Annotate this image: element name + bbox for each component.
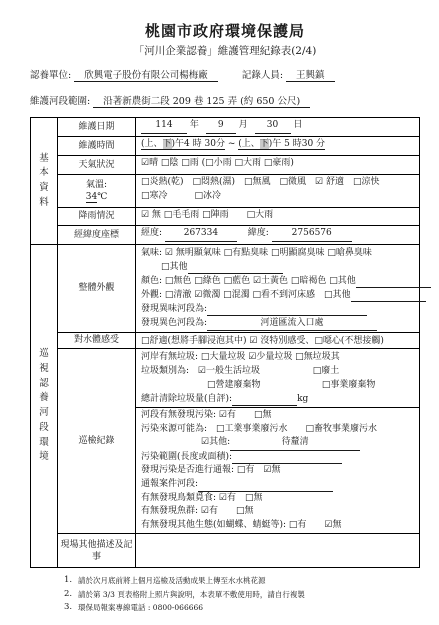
pollution-other-value: 待釐清 bbox=[230, 436, 360, 451]
odd-color-value: 河道匯流入口處 bbox=[207, 316, 377, 331]
footnote-2: 2. 請於第 3/3 頁表格附上照片與說明，本表單不敷使用時，請自行複製 bbox=[64, 588, 420, 602]
odd-smell-section: 發現異味河段為: bbox=[141, 302, 414, 316]
odd-color-section: 發現異色河段為:河道匯流入口處 bbox=[141, 316, 414, 331]
row-weather: 天氣狀況 ☑晴 □陰 □雨 (□小雨 □大雨 □豪雨) bbox=[58, 155, 419, 174]
footnote-3: 3. 環保局報案專線電話 : 0800-066666 bbox=[64, 601, 420, 615]
row-rainfall: 降雨情況 ☑ 無 □毛毛雨 □陣雨 □大雨 bbox=[58, 207, 419, 225]
adopt-unit-value: 欣興電子股份有限公司楊梅廠 bbox=[74, 67, 218, 82]
inspection-record-content: 河岸有無垃圾: □大量垃圾 ☑少量垃圾 □無垃圾其 垃圾類別為: ☑一般生活垃圾… bbox=[136, 349, 419, 533]
river-range-line: 維護河段範圍: 沿著新農街二段 209 巷 125 弄 (約 650 公尺) bbox=[30, 93, 420, 108]
pollution-scope-line: 污染範圍(長度或面積): bbox=[141, 451, 414, 465]
weather-label: 天氣狀況 bbox=[58, 156, 136, 174]
ecology-group: 有無發現其他生態(如蝴蝶、蜻蜓等): □有 ☑無 bbox=[141, 519, 414, 533]
maintenance-date-value: 114 年 9 月 30 日 bbox=[136, 118, 419, 136]
odd-smell-blank bbox=[207, 305, 367, 316]
color-checkbox-group: 顏色: □無色 □綠色 □藍色 ☑土黃色 □暗褐色 □其他 bbox=[141, 274, 414, 288]
row-maintenance-date: 維護日期 114 年 9 月 30 日 bbox=[58, 118, 419, 136]
garbage-total-blank bbox=[232, 395, 297, 406]
color-other-blank bbox=[356, 277, 431, 288]
row-site-notes: 現場其他描述及記事 bbox=[58, 533, 419, 567]
report-section-blank bbox=[198, 481, 333, 492]
latitude-value: 2756576 bbox=[272, 227, 352, 242]
coordinates-value: 經度: 267334 緯度: 2756576 bbox=[136, 226, 419, 244]
overall-appearance-label: 整體外觀 bbox=[58, 245, 136, 332]
pollution-subsection: 河段有無發現污染: ☑有 □無 污染來源可能為: □工業事業廢污水 □畜牧事業廢… bbox=[136, 407, 419, 533]
row-overall-appearance: 整體外觀 氣味: ☑ 無明顯氣味 □有點臭味 □明顯腐臭味 □嗆鼻臭味 □其他 … bbox=[58, 245, 419, 332]
section-patrol-label: 巡視認養河段環境 bbox=[31, 245, 58, 567]
form-page: 桃園市政府環境保護局 「河川企業認養」維護管理紀錄表(2/4) 認養單位: 欣興… bbox=[0, 0, 439, 615]
pollution-source-group: 污染來源可能為: □工業事業廢污水 □畜牧事業廢污水 bbox=[141, 423, 414, 437]
temperature-checkbox-group: □炎熱(乾) □悶熱(濕) □無風 □微風 ☑ 舒適 □涼快 □寒冷 □冰冷 bbox=[136, 175, 419, 207]
look-other-blank bbox=[351, 291, 426, 302]
inspection-record-label: 巡檢紀錄 bbox=[58, 349, 136, 533]
row-maintenance-time: 維護時間 (上、下)午4 時 30分 ~ (上、下)午 5 時30 分 bbox=[58, 136, 419, 155]
look-checkbox-group: 外觀: □清澈 ☑微濁 □混濁 □看不到河床感 □其他 bbox=[141, 288, 414, 302]
longitude-value: 267334 bbox=[165, 227, 237, 242]
weather-checkbox-group: ☑晴 □陰 □雨 (□小雨 □大雨 □豪雨) bbox=[136, 156, 419, 174]
temperature-label: 氣溫: 34℃ bbox=[58, 175, 136, 207]
highlight-pm-1: 下 bbox=[163, 139, 172, 149]
recorder-label: 記錄人員: bbox=[242, 70, 283, 81]
garbage-total-line: 總計清除垃圾量(自評):kg bbox=[141, 392, 414, 406]
pollution-report-group: 發現污染是否進行通報: □有 ☑無 bbox=[141, 464, 414, 478]
form-title: 「河川企業認養」維護管理紀錄表(2/4) bbox=[30, 43, 420, 58]
garbage-amount-group: 河岸有無垃圾: □大量垃圾 ☑少量垃圾 □無垃圾其 bbox=[141, 350, 414, 364]
site-notes-label: 現場其他描述及記事 bbox=[58, 534, 136, 567]
maintenance-time-value: (上、下)午4 時 30分 ~ (上、下)午 5 時30 分 bbox=[136, 137, 419, 155]
garbage-category-line1: 垃圾類別為: ☑一般生活垃圾 □廢土 bbox=[141, 364, 414, 378]
water-feel-label: 對水體感受 bbox=[58, 333, 136, 348]
site-notes-content bbox=[136, 534, 419, 567]
section-basic-label: 基本資料 bbox=[31, 118, 58, 244]
row-coordinates: 經緯度座標 經度: 267334 緯度: 2756576 bbox=[58, 225, 419, 244]
row-temperature: 氣溫: 34℃ □炎熱(乾) □悶熱(濕) □無風 □微風 ☑ 舒適 □涼快 □… bbox=[58, 174, 419, 207]
record-table: 基本資料 維護日期 114 年 9 月 30 日 維護時間 bbox=[30, 117, 420, 568]
rainfall-label: 降雨情況 bbox=[58, 208, 136, 225]
rainfall-checkbox-group: ☑ 無 □毛毛雨 □陣雨 □大雨 bbox=[136, 208, 419, 225]
maintenance-date-label: 維護日期 bbox=[58, 118, 136, 136]
adopt-unit-label: 認養單位: bbox=[30, 70, 71, 81]
fish-group: 有無發現魚群: ☑有 □無 bbox=[141, 505, 414, 519]
report-section-line: 通報案件河段: bbox=[141, 478, 414, 492]
agency-title: 桃園市政府環境保護局 bbox=[30, 20, 420, 41]
water-feel-checkbox-group: □舒適(想將手腳浸泡其中) ☑ 沒特別感受、□噁心(不想接觸) bbox=[136, 333, 419, 348]
overall-appearance-content: 氣味: ☑ 無明顯氣味 □有點臭味 □明顯腐臭味 □嗆鼻臭味 □其他 顏色: □… bbox=[136, 245, 419, 332]
garbage-category-line2: □營建廢棄物 □事業廢棄物 bbox=[207, 378, 414, 392]
footnote-1: 1. 請於次月底前將上個月巡檢及活動成果上傳至水水桃花源 bbox=[64, 574, 420, 588]
footnotes: 1. 請於次月底前將上個月巡檢及活動成果上傳至水水桃花源 2. 請於第 3/3 … bbox=[64, 574, 420, 615]
maintenance-time-label: 維護時間 bbox=[58, 137, 136, 155]
adopt-unit-line: 認養單位: 欣興電子股份有限公司楊梅廠 記錄人員: 王興鎮 bbox=[30, 67, 420, 82]
coordinates-label: 經緯度座標 bbox=[58, 226, 136, 244]
river-range-label: 維護河段範圍: bbox=[30, 96, 90, 107]
smell-checkbox-group: 氣味: ☑ 無明顯氣味 □有點臭味 □明顯腐臭味 □嗆鼻臭味 bbox=[141, 246, 414, 260]
row-water-feel: 對水體感受 □舒適(想將手腳浸泡其中) ☑ 沒特別感受、□噁心(不想接觸) bbox=[58, 332, 419, 348]
section-patrol: 巡視認養河段環境 整體外觀 氣味: ☑ 無明顯氣味 □有點臭味 □明顯腐臭味 □… bbox=[31, 244, 419, 567]
row-inspection-record: 巡檢紀錄 河岸有無垃圾: □大量垃圾 ☑少量垃圾 □無垃圾其 垃圾類別為: ☑一… bbox=[58, 348, 419, 533]
pollution-found-group: 河段有無發現污染: ☑有 □無 bbox=[141, 409, 414, 423]
section-basic-info: 基本資料 維護日期 114 年 9 月 30 日 維護時間 bbox=[31, 118, 419, 244]
pollution-scope-blank bbox=[232, 453, 342, 464]
smell-other-blank bbox=[188, 263, 283, 274]
temperature-value: 34 bbox=[86, 192, 97, 203]
recorder-value: 王興鎮 bbox=[286, 67, 335, 82]
garbage-subsection: 河岸有無垃圾: □大量垃圾 ☑少量垃圾 □無垃圾其 垃圾類別為: ☑一般生活垃圾… bbox=[136, 349, 419, 407]
birds-group: 有無發現鳥類覓食: ☑有 □無 bbox=[141, 492, 414, 506]
smell-other-option: □其他 bbox=[161, 260, 414, 274]
highlight-pm-2: 下 bbox=[260, 139, 269, 149]
pollution-other-line: ☑其他:待釐清 bbox=[201, 436, 414, 451]
river-range-value: 沿著新農街二段 209 巷 125 弄 (約 650 公尺) bbox=[93, 93, 310, 108]
